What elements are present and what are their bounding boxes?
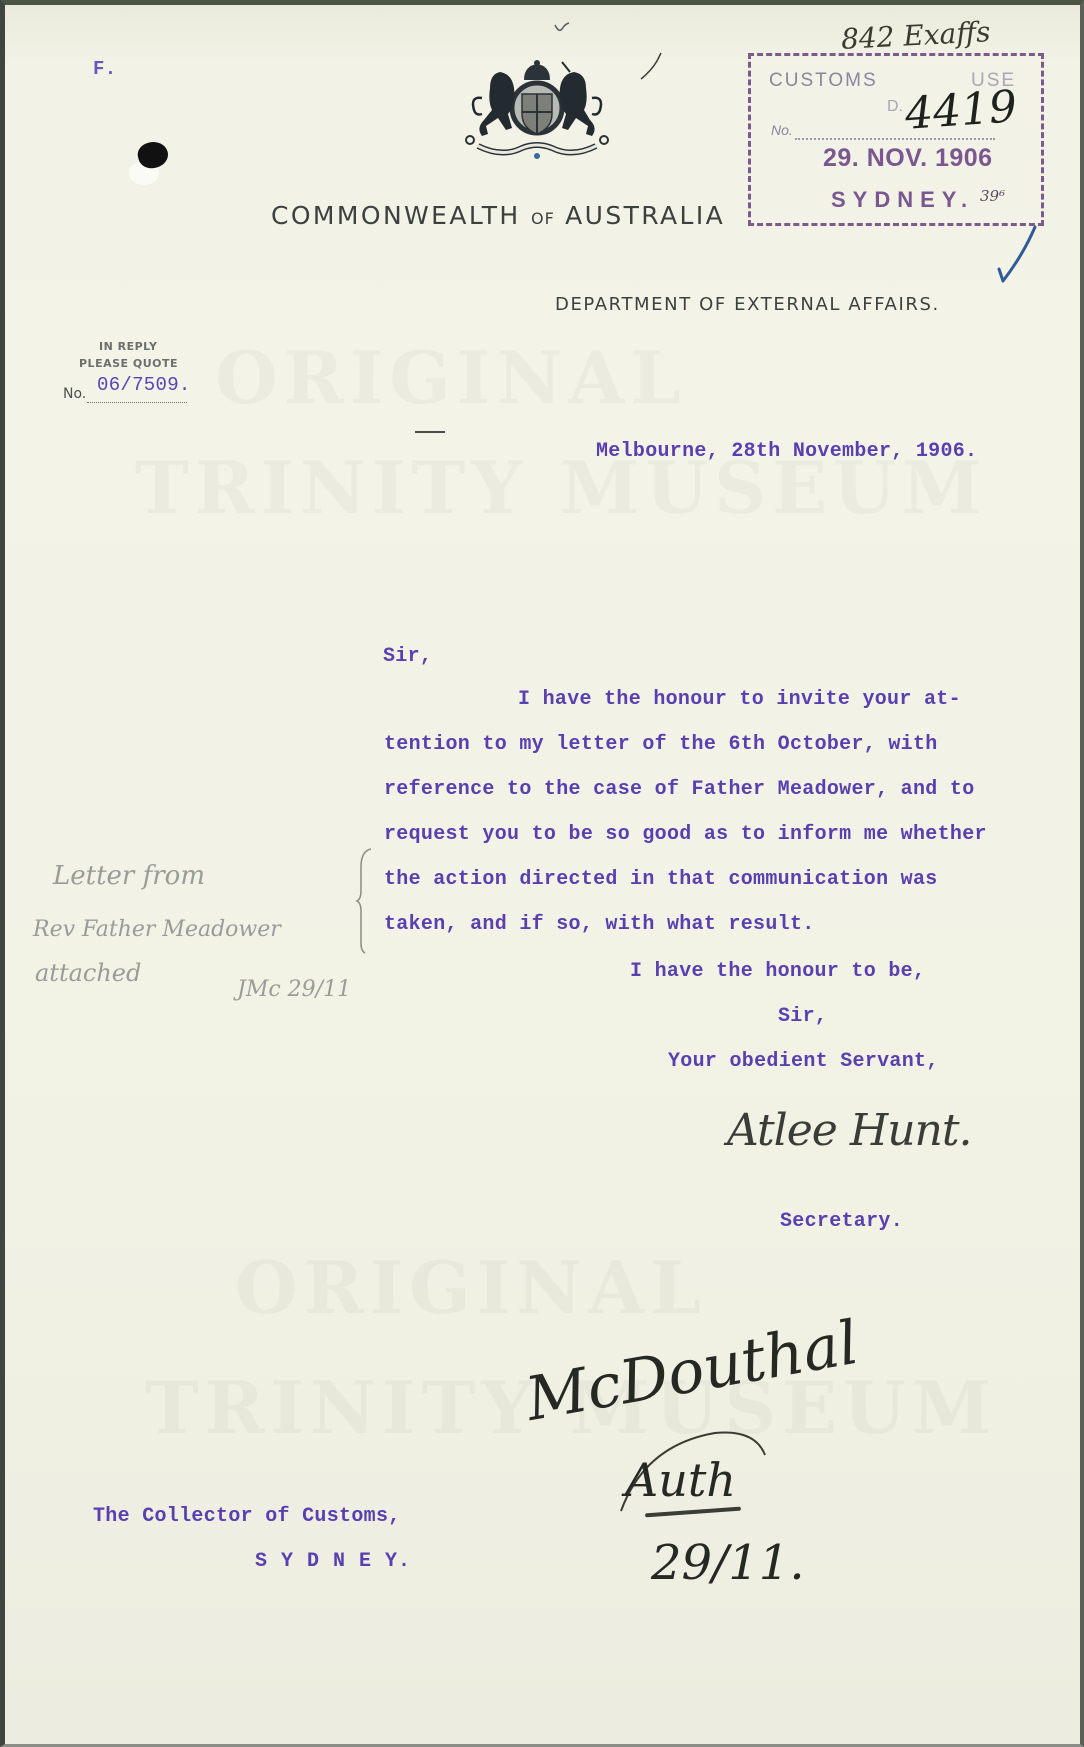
body-line: taken, and if so, with what result.: [384, 913, 815, 936]
letterhead-australia: AUSTRALIA: [565, 201, 725, 230]
letterhead-title: COMMONWEALTH OF AUSTRALIA: [271, 201, 725, 230]
margin-note-line3: attached: [35, 959, 141, 987]
reference-no-label: No.: [63, 386, 86, 402]
stamp-no-label: No.: [771, 122, 793, 138]
pencil-stroke-icon: [639, 51, 669, 81]
reference-number: 06/7509.: [97, 374, 191, 396]
closing-line2: Sir,: [778, 1005, 827, 1028]
stamp-no-dotted-line: [795, 138, 995, 140]
place-date: Melbourne, 28th November, 1906.: [596, 440, 977, 463]
signatory-title: Secretary.: [780, 1210, 903, 1233]
department-name: DEPARTMENT OF EXTERNAL AFFAIRS.: [555, 294, 940, 315]
reference-line1: IN REPLY: [99, 340, 157, 353]
addressee-line2: S Y D N E Y.: [255, 1550, 411, 1573]
addressee-line1: The Collector of Customs,: [93, 1505, 401, 1528]
letterhead-commonwealth: COMMONWEALTH: [271, 201, 521, 230]
stamp-date: 29. NOV. 1906: [823, 144, 993, 173]
margin-note-line2: Rev Father Meadower: [33, 917, 281, 942]
margin-note-line1: Letter from: [53, 861, 205, 891]
watermark-line: ORIGINAL: [235, 1245, 707, 1330]
letterhead-of: OF: [531, 209, 555, 228]
closing-line1: I have the honour to be,: [630, 960, 925, 983]
stamp-sub-label: D.: [887, 98, 903, 116]
pencil-tick-icon: [553, 21, 573, 35]
ink-dash-mark: [415, 431, 445, 433]
salutation: Sir,: [383, 645, 432, 668]
closing-line3: Your obedient Servant,: [668, 1050, 939, 1073]
body-line: tention to my letter of the 6th October,…: [384, 733, 938, 756]
stamp-place: SYDNEY.: [831, 187, 974, 213]
body-line: request you to be so good as to inform m…: [384, 823, 987, 846]
stamp-registered-number: 4419: [903, 81, 1018, 140]
body-line: the action directed in that communicatio…: [384, 868, 938, 891]
watermark-line: ORIGINAL: [215, 335, 687, 420]
file-mark: F.: [93, 58, 116, 80]
blue-check-mark-icon: [995, 225, 1039, 287]
letter-page: ORIGINAL TRINITY MUSEUM ORIGINAL TRINITY…: [0, 0, 1084, 1747]
coat-of-arms-icon: [462, 58, 612, 166]
stamp-annotation-corner: 39⁶: [980, 187, 1005, 205]
reference-line2: PLEASE QUOTE: [79, 357, 178, 370]
stamp-annotation-top: 842 Exaffs: [840, 15, 991, 56]
margin-brace-icon: [355, 847, 375, 955]
margin-note-initials-date: JMc 29/11: [237, 977, 351, 1002]
reference-underline: [87, 402, 187, 403]
stamp-office-left: CUSTOMS: [769, 70, 878, 92]
body-line: I have the honour to invite your at-: [518, 688, 961, 711]
authorization-auth: Auth: [625, 1453, 736, 1507]
signature: Atlee Hunt.: [727, 1105, 972, 1156]
authorization-date: 29/11.: [651, 1535, 805, 1591]
body-line: reference to the case of Father Meadower…: [384, 778, 975, 801]
